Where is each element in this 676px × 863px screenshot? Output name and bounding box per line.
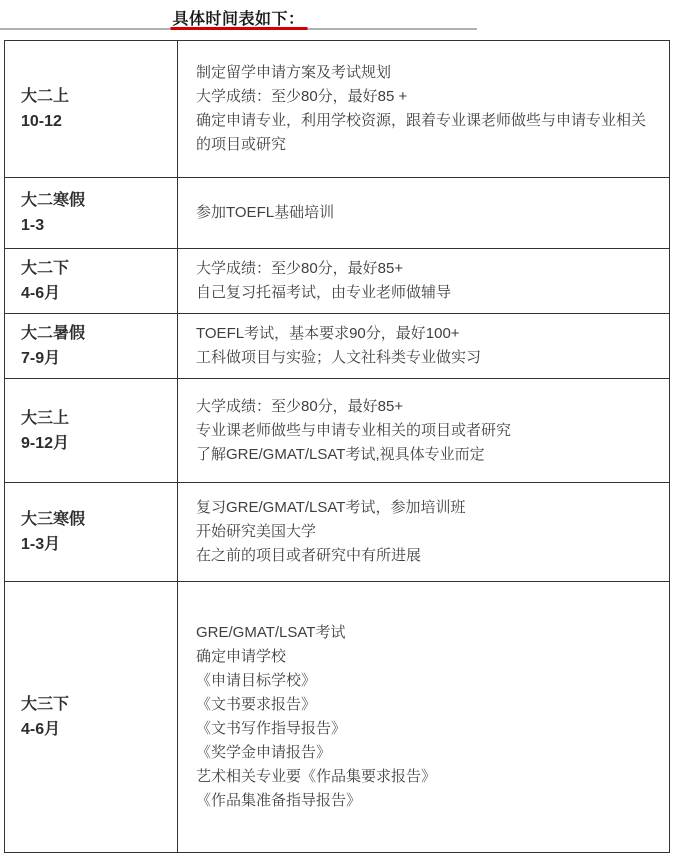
months-range-label: 9-12月 bbox=[21, 431, 171, 456]
task-item: GRE/GMAT/LSAT考试 bbox=[196, 621, 649, 645]
task-item: 在之前的项目或者研究中有所进展 bbox=[196, 544, 649, 568]
period-label: 大三下 bbox=[21, 692, 171, 717]
task-item: 了解GRE/GMAT/LSAT考试,视具体专业而定 bbox=[196, 443, 649, 467]
section-header: 具体时间表如下： bbox=[0, 0, 477, 31]
task-item: 《作品集准备指导报告》 bbox=[196, 789, 649, 813]
period-cell: 大三寒假 1-3月 bbox=[5, 483, 178, 582]
tasks-cell: TOEFL考试，基本要求90分，最好100+工科做项目与实验；人文社科类专业做实… bbox=[178, 314, 670, 379]
task-item: 专业课老师做些与申请专业相关的项目或者研究 bbox=[196, 419, 649, 443]
title-underline bbox=[170, 27, 307, 30]
period-label: 大三上 bbox=[21, 406, 171, 431]
task-item: 工科做项目与实验；人文社科类专业做实习 bbox=[196, 346, 649, 370]
months-range-label: 1-3月 bbox=[21, 532, 171, 557]
task-item: 大学成绩：至少80分，最好85+ bbox=[196, 257, 649, 281]
task-item: 艺术相关专业要《作品集要求报告》 bbox=[196, 765, 649, 789]
period-cell: 大二暑假 7-9月 bbox=[5, 314, 178, 379]
task-item: 《奖学金申请报告》 bbox=[196, 741, 649, 765]
period-label: 大二寒假 bbox=[21, 188, 171, 213]
tasks-cell: 参加TOEFL基础培训 bbox=[178, 178, 670, 249]
period-cell: 大三上 9-12月 bbox=[5, 379, 178, 483]
timeline-table-body: 大二上 10-12 制定留学申请方案及考试规划大学成绩：至少80分，最好85 +… bbox=[5, 41, 670, 853]
page-title: 具体时间表如下： bbox=[0, 6, 477, 29]
period-cell: 大二上 10-12 bbox=[5, 41, 178, 178]
task-item: 确定申请学校 bbox=[196, 645, 649, 669]
task-item: 《文书写作指导报告》 bbox=[196, 717, 649, 741]
period-label: 大三寒假 bbox=[21, 507, 171, 532]
table-row: 大三下 4-6月 GRE/GMAT/LSAT考试确定申请学校《申请目标学校》《文… bbox=[5, 582, 670, 853]
tasks-cell: 大学成绩：至少80分，最好85+专业课老师做些与申请专业相关的项目或者研究了解G… bbox=[178, 379, 670, 483]
period-cell: 大三下 4-6月 bbox=[5, 582, 178, 853]
period-label: 大二上 bbox=[21, 84, 171, 109]
months-range-label: 7-9月 bbox=[21, 346, 171, 371]
tasks-cell: GRE/GMAT/LSAT考试确定申请学校《申请目标学校》《文书要求报告》《文书… bbox=[178, 582, 670, 853]
table-row: 大三上 9-12月 大学成绩：至少80分，最好85+专业课老师做些与申请专业相关… bbox=[5, 379, 670, 483]
task-item: 《文书要求报告》 bbox=[196, 693, 649, 717]
table-row: 大二下 4-6月 大学成绩：至少80分，最好85+自己复习托福考试，由专业老师做… bbox=[5, 249, 670, 314]
period-cell: 大二寒假 1-3 bbox=[5, 178, 178, 249]
tasks-cell: 制定留学申请方案及考试规划大学成绩：至少80分，最好85 +确定申请专业，利用学… bbox=[178, 41, 670, 178]
period-label: 大二暑假 bbox=[21, 321, 171, 346]
task-item: 《申请目标学校》 bbox=[196, 669, 649, 693]
table-row: 大二寒假 1-3 参加TOEFL基础培训 bbox=[5, 178, 670, 249]
tasks-cell: 大学成绩：至少80分，最好85+自己复习托福考试，由专业老师做辅导 bbox=[178, 249, 670, 314]
task-item: TOEFL考试，基本要求90分，最好100+ bbox=[196, 322, 649, 346]
months-range-label: 4-6月 bbox=[21, 281, 171, 306]
table-row: 大三寒假 1-3月 复习GRE/GMAT/LSAT考试，参加培训班开始研究美国大… bbox=[5, 483, 670, 582]
months-range-label: 1-3 bbox=[21, 213, 171, 238]
period-label: 大二下 bbox=[21, 256, 171, 281]
task-item: 开始研究美国大学 bbox=[196, 520, 649, 544]
task-item: 制定留学申请方案及考试规划 bbox=[196, 61, 649, 85]
table-row: 大二上 10-12 制定留学申请方案及考试规划大学成绩：至少80分，最好85 +… bbox=[5, 41, 670, 178]
task-item: 自己复习托福考试，由专业老师做辅导 bbox=[196, 281, 649, 305]
table-row: 大二暑假 7-9月 TOEFL考试，基本要求90分，最好100+工科做项目与实验… bbox=[5, 314, 670, 379]
period-cell: 大二下 4-6月 bbox=[5, 249, 178, 314]
months-range-label: 4-6月 bbox=[21, 717, 171, 742]
task-item: 复习GRE/GMAT/LSAT考试，参加培训班 bbox=[196, 496, 649, 520]
article-page: 具体时间表如下： 大二上 10-12 制定留学申请方案及考试规划大学成绩：至少8… bbox=[0, 0, 676, 863]
task-item: 确定申请专业，利用学校资源，跟着专业课老师做些与申请专业相关的项目或研究 bbox=[196, 109, 649, 157]
task-item: 大学成绩：至少80分，最好85+ bbox=[196, 395, 649, 419]
timeline-table: 大二上 10-12 制定留学申请方案及考试规划大学成绩：至少80分，最好85 +… bbox=[4, 40, 670, 853]
months-range-label: 10-12 bbox=[21, 109, 171, 134]
task-item: 大学成绩：至少80分，最好85 + bbox=[196, 85, 649, 109]
tasks-cell: 复习GRE/GMAT/LSAT考试，参加培训班开始研究美国大学在之前的项目或者研… bbox=[178, 483, 670, 582]
task-item: 参加TOEFL基础培训 bbox=[196, 201, 649, 225]
